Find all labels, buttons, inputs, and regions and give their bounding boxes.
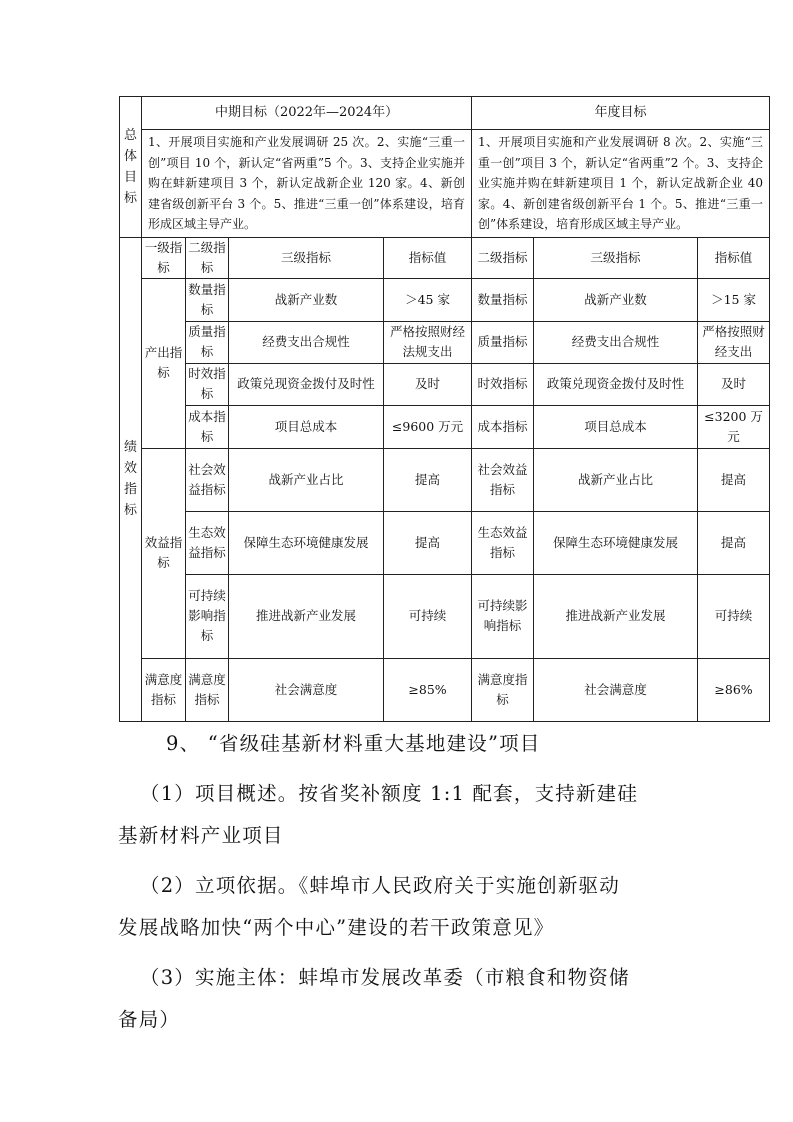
level2-cell: 时效指标 <box>186 363 229 405</box>
value-annual-cell: ≥86% <box>698 658 770 721</box>
table-row: 产出指标 数量指标 战新产业数 ＞45 家 数量指标 战新产业数 ＞15 家 <box>120 278 770 321</box>
indicator-header-row: 绩效指标 一级指标 二级指标 三级指标 指标值 二级指标 三级指标 指标值 <box>120 237 770 278</box>
value-annual-cell: 及时 <box>698 363 770 405</box>
paragraph-entity-line1: （3）实施主体：蚌埠市发展改革委（市粮食和物资储 <box>140 962 630 990</box>
value-cell: 严格按照财经法规支出 <box>384 321 472 363</box>
paragraph-entity-line2: 备局） <box>118 1004 180 1032</box>
level2-cell: 满意度指标 <box>186 658 229 721</box>
level3-annual-cell: 政策兑现资金拨付及时性 <box>534 363 698 405</box>
group-benefit-indicators: 效益指标 <box>142 448 186 658</box>
table-row: 质量指标 经费支出合规性 严格按照财经法规支出 质量指标 经费支出合规性 严格按… <box>120 321 770 363</box>
section-heading: 9、 “省级硅基新材料重大基地建设”项目 <box>166 728 541 756</box>
level2-annual-cell: 满意度指标 <box>472 658 534 721</box>
performance-goal-table: 总体目标 中期目标（2022年—2024年） 年度目标 1、开展项目实施和产业发… <box>119 96 770 722</box>
level2-annual-cell: 社会效益指标 <box>472 448 534 511</box>
table-row: 生态效益指标 保障生态环境健康发展 提高 生态效益指标 保障生态环境健康发展 提… <box>120 511 770 574</box>
table-row: 时效指标 政策兑现资金拨付及时性 及时 时效指标 政策兑现资金拨付及时性 及时 <box>120 363 770 405</box>
table-row: 效益指标 社会效益指标 战新产业占比 提高 社会效益指标 战新产业占比 提高 <box>120 448 770 511</box>
level2-cell: 质量指标 <box>186 321 229 363</box>
level2-annual-cell: 数量指标 <box>472 278 534 321</box>
level3-annual-cell: 战新产业占比 <box>534 448 698 511</box>
paragraph-basis-line2: 发展战略加快“两个中心”建设的若干政策意见》 <box>118 912 554 940</box>
value-cell: 提高 <box>384 511 472 574</box>
col-header-level2-annual: 二级指标 <box>472 237 534 278</box>
table-row: 满意度指标 满意度指标 社会满意度 ≥85% 满意度指标 社会满意度 ≥86% <box>120 658 770 721</box>
level3-cell: 战新产业占比 <box>229 448 384 511</box>
value-cell: 提高 <box>384 448 472 511</box>
medium-term-header: 中期目标（2022年—2024年） <box>142 97 472 130</box>
level2-cell: 生态效益指标 <box>186 511 229 574</box>
paragraph-overview-line2: 基新材料产业项目 <box>118 820 284 848</box>
level3-cell: 社会满意度 <box>229 658 384 721</box>
level3-annual-cell: 项目总成本 <box>534 405 698 448</box>
level3-annual-cell: 经费支出合规性 <box>534 321 698 363</box>
col-header-value: 指标值 <box>384 237 472 278</box>
performance-indicator-label: 绩效指标 <box>120 237 142 721</box>
medium-term-goal-text: 1、开展项目实施和产业发展调研 25 次。2、实施“三重一创”项目 10 个，新… <box>142 130 472 238</box>
table-row: 可持续影响指标 推进战新产业发展 可持续 可持续影响指标 推进战新产业发展 可持… <box>120 574 770 658</box>
level2-cell: 数量指标 <box>186 278 229 321</box>
level2-annual-cell: 可持续影响指标 <box>472 574 534 658</box>
value-annual-cell: 提高 <box>698 448 770 511</box>
paragraph-basis-line1: （2）立项依据。《蚌埠市人民政府关于实施创新驱动 <box>140 870 620 898</box>
col-header-level3: 三级指标 <box>229 237 384 278</box>
level3-annual-cell: 保障生态环境健康发展 <box>534 511 698 574</box>
level2-cell: 社会效益指标 <box>186 448 229 511</box>
value-cell: ≤9600 万元 <box>384 405 472 448</box>
value-annual-cell: 提高 <box>698 511 770 574</box>
level3-cell: 经费支出合规性 <box>229 321 384 363</box>
col-header-value-annual: 指标值 <box>698 237 770 278</box>
value-cell: ＞45 家 <box>384 278 472 321</box>
paragraph-overview-line1: （1）项目概述。按省奖补额度 1:1 配套，支持新建硅 <box>140 778 638 806</box>
value-cell: 及时 <box>384 363 472 405</box>
level2-annual-cell: 生态效益指标 <box>472 511 534 574</box>
level3-annual-cell: 社会满意度 <box>534 658 698 721</box>
level3-annual-cell: 推进战新产业发展 <box>534 574 698 658</box>
level2-annual-cell: 成本指标 <box>472 405 534 448</box>
col-header-level2: 二级指标 <box>186 237 229 278</box>
goal-content-row: 1、开展项目实施和产业发展调研 25 次。2、实施“三重一创”项目 10 个，新… <box>120 130 770 238</box>
col-header-level3-annual: 三级指标 <box>534 237 698 278</box>
level2-cell: 可持续影响指标 <box>186 574 229 658</box>
level3-cell: 政策兑现资金拨付及时性 <box>229 363 384 405</box>
level3-cell: 推进战新产业发展 <box>229 574 384 658</box>
value-annual-cell: ＞15 家 <box>698 278 770 321</box>
group-satisfaction-indicators: 满意度指标 <box>142 658 186 721</box>
value-annual-cell: 严格按照财经支出 <box>698 321 770 363</box>
document-page: 总体目标 中期目标（2022年—2024年） 年度目标 1、开展项目实施和产业发… <box>0 0 793 1122</box>
level2-cell: 成本指标 <box>186 405 229 448</box>
value-annual-cell: 可持续 <box>698 574 770 658</box>
value-annual-cell: ≤3200 万元 <box>698 405 770 448</box>
overall-goal-label: 总体目标 <box>120 97 142 238</box>
col-header-level1: 一级指标 <box>142 237 186 278</box>
annual-goal-text: 1、开展项目实施和产业发展调研 8 次。2、实施“三重一创”项目 3 个，新认定… <box>472 130 770 238</box>
level3-cell: 保障生态环境健康发展 <box>229 511 384 574</box>
table-row: 成本指标 项目总成本 ≤9600 万元 成本指标 项目总成本 ≤3200 万元 <box>120 405 770 448</box>
level3-cell: 战新产业数 <box>229 278 384 321</box>
level3-cell: 项目总成本 <box>229 405 384 448</box>
level2-annual-cell: 时效指标 <box>472 363 534 405</box>
value-cell: 可持续 <box>384 574 472 658</box>
goal-header-row: 总体目标 中期目标（2022年—2024年） 年度目标 <box>120 97 770 130</box>
group-output-indicators: 产出指标 <box>142 278 186 448</box>
level2-annual-cell: 质量指标 <box>472 321 534 363</box>
value-cell: ≥85% <box>384 658 472 721</box>
annual-header: 年度目标 <box>472 97 770 130</box>
level3-annual-cell: 战新产业数 <box>534 278 698 321</box>
